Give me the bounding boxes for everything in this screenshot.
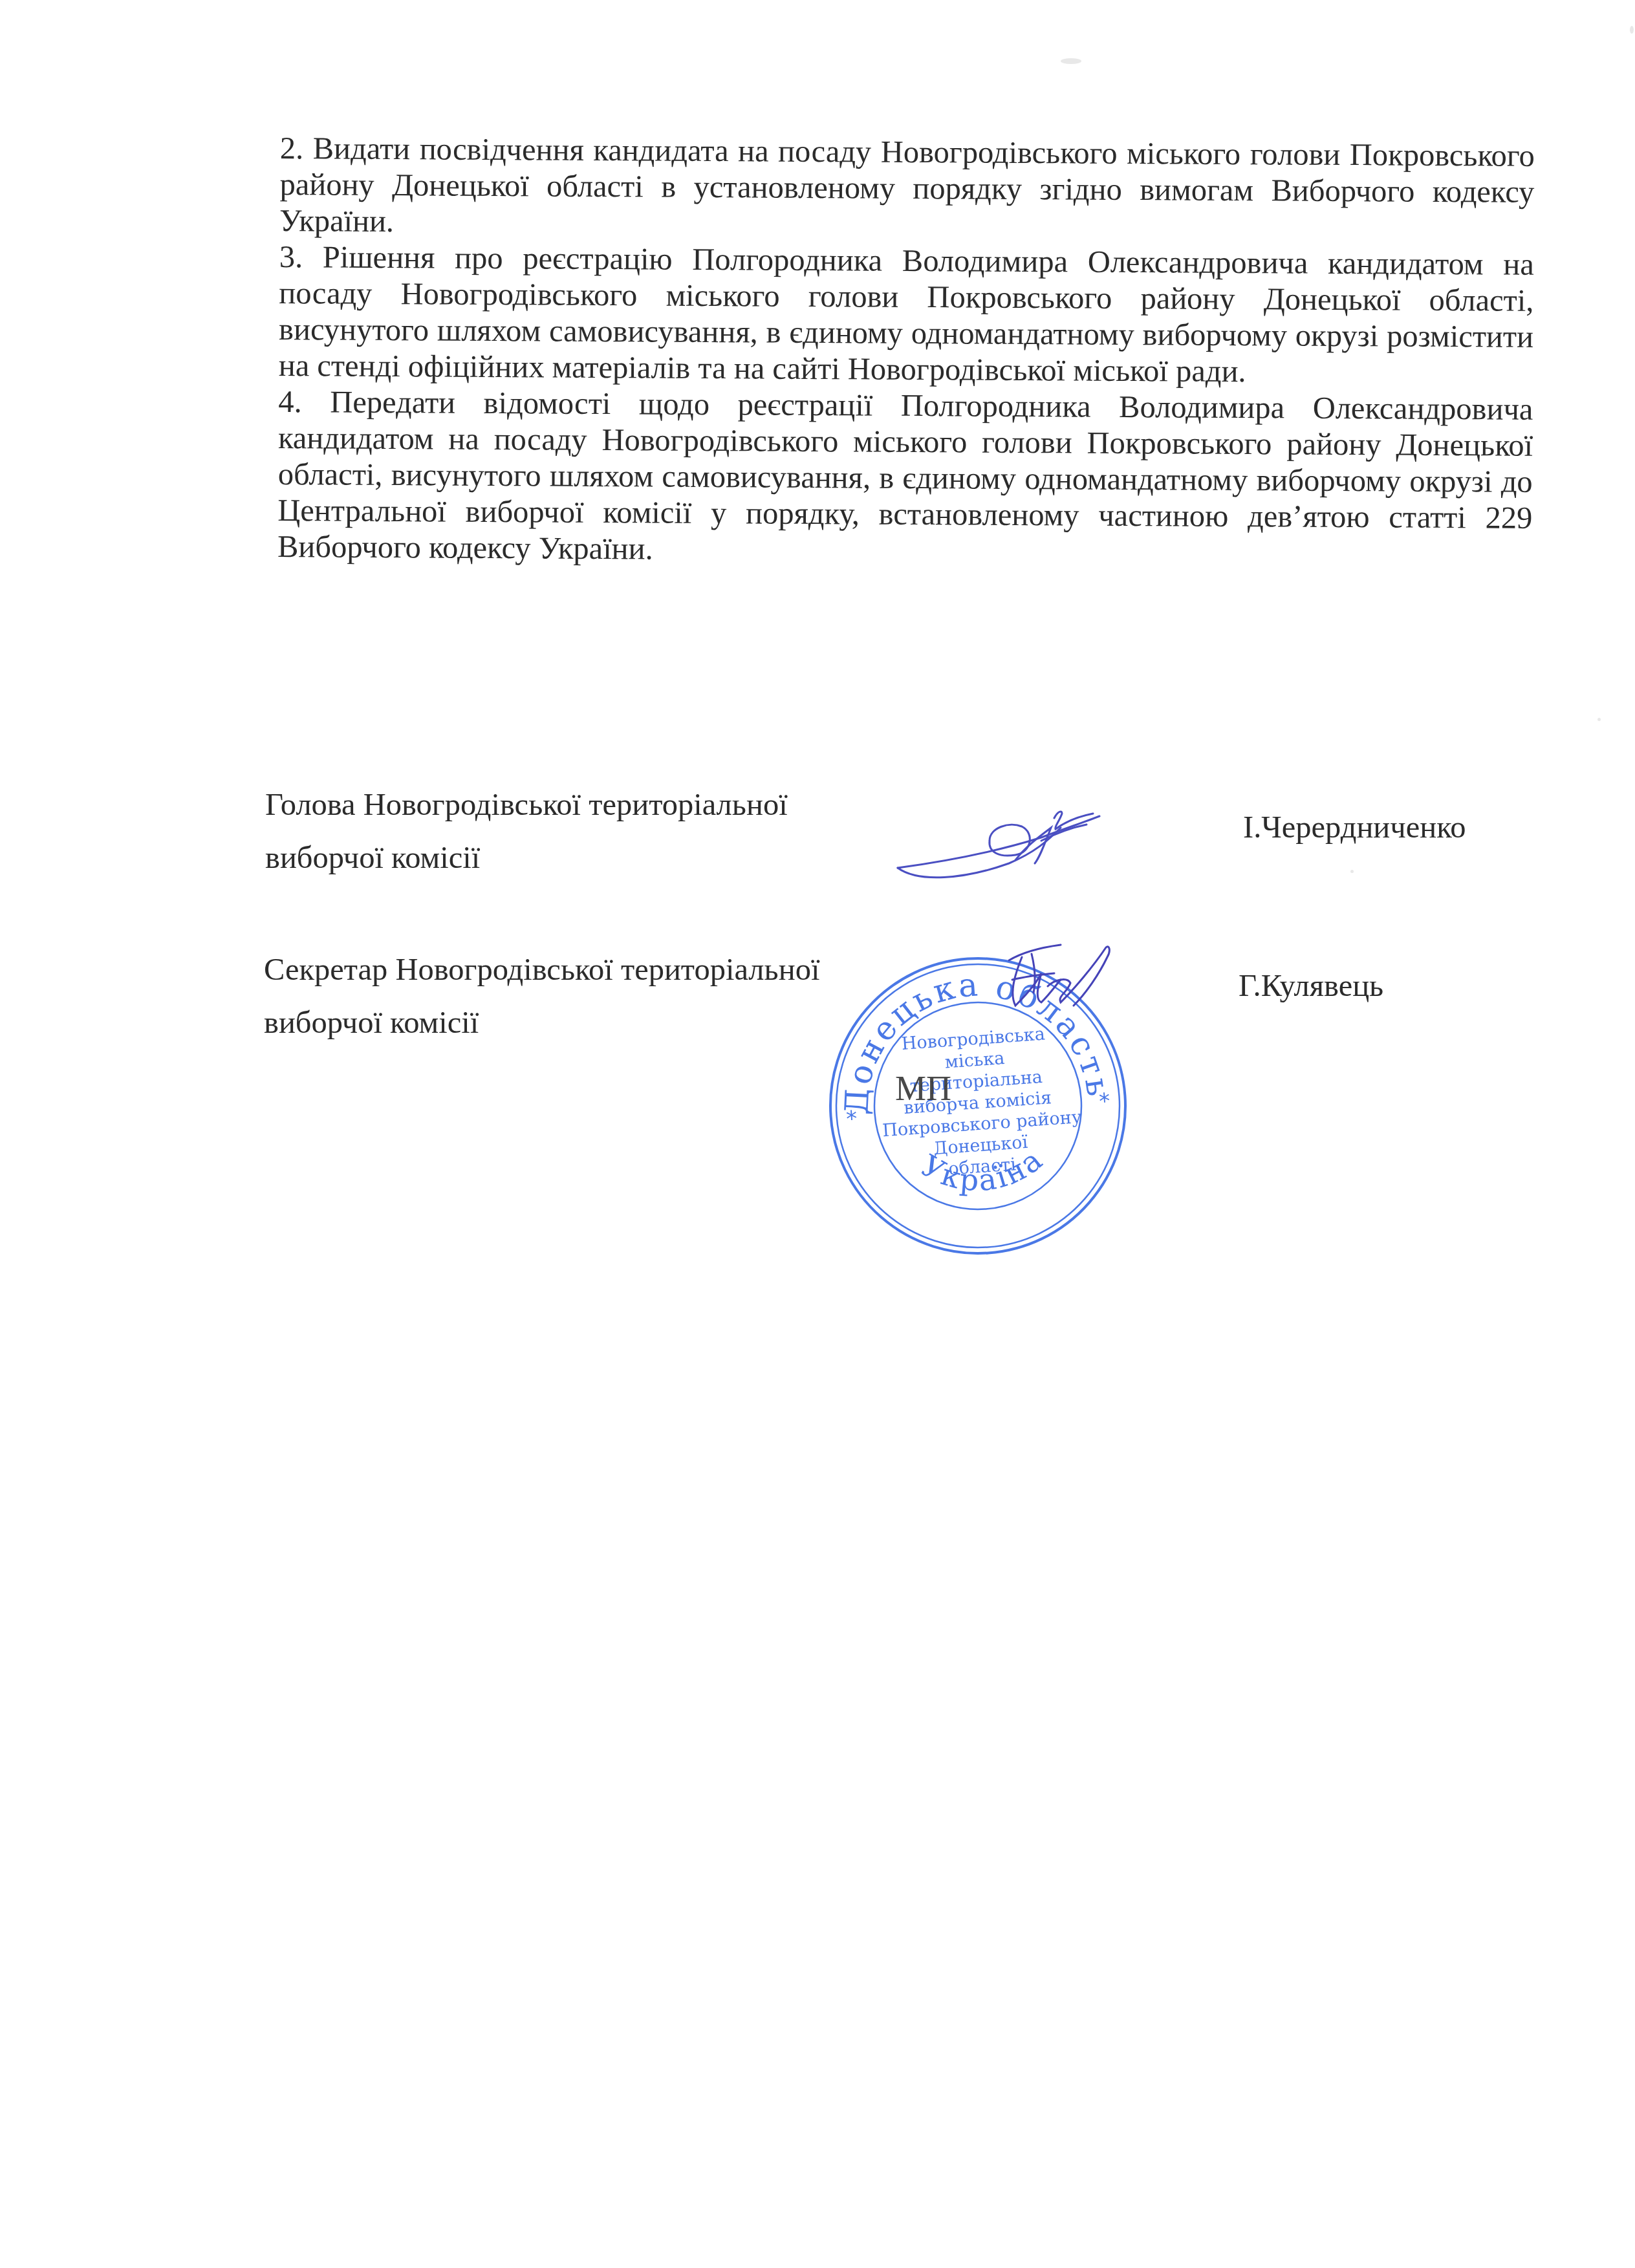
svg-text:*: *	[845, 1106, 858, 1132]
scan-artifact	[1061, 58, 1081, 64]
decision-body: 2. Видати посвідчення кандидата на посад…	[277, 131, 1535, 573]
secretary-handwritten-signature	[996, 941, 1119, 1015]
scan-artifact	[1350, 870, 1354, 873]
secretary-role: Секретар Новогродівської територіальної …	[264, 944, 819, 1050]
chairman-handwritten-signature	[893, 802, 1112, 892]
paragraph-2: 2. Видати посвідчення кандидата на посад…	[279, 131, 1535, 247]
svg-text:*: *	[1098, 1088, 1111, 1115]
secretary-name: Г.Кулявець	[1239, 960, 1383, 1013]
scan-artifact	[1597, 718, 1601, 721]
seal-placeholder-label: МП	[895, 1068, 951, 1108]
document-page: 2. Видати посвідчення кандидата на посад…	[0, 0, 1635, 2268]
scan-artifact	[1630, 26, 1634, 34]
paragraph-4: 4. Передати відомості щодо реєстрації По…	[277, 384, 1533, 573]
chairman-name: І.Черердниченко	[1243, 801, 1466, 854]
paragraph-3: 3. Рішення про реєстрацію Полгородника В…	[279, 239, 1534, 392]
chairman-role: Голова Новогродівської територіальної ви…	[265, 779, 788, 885]
